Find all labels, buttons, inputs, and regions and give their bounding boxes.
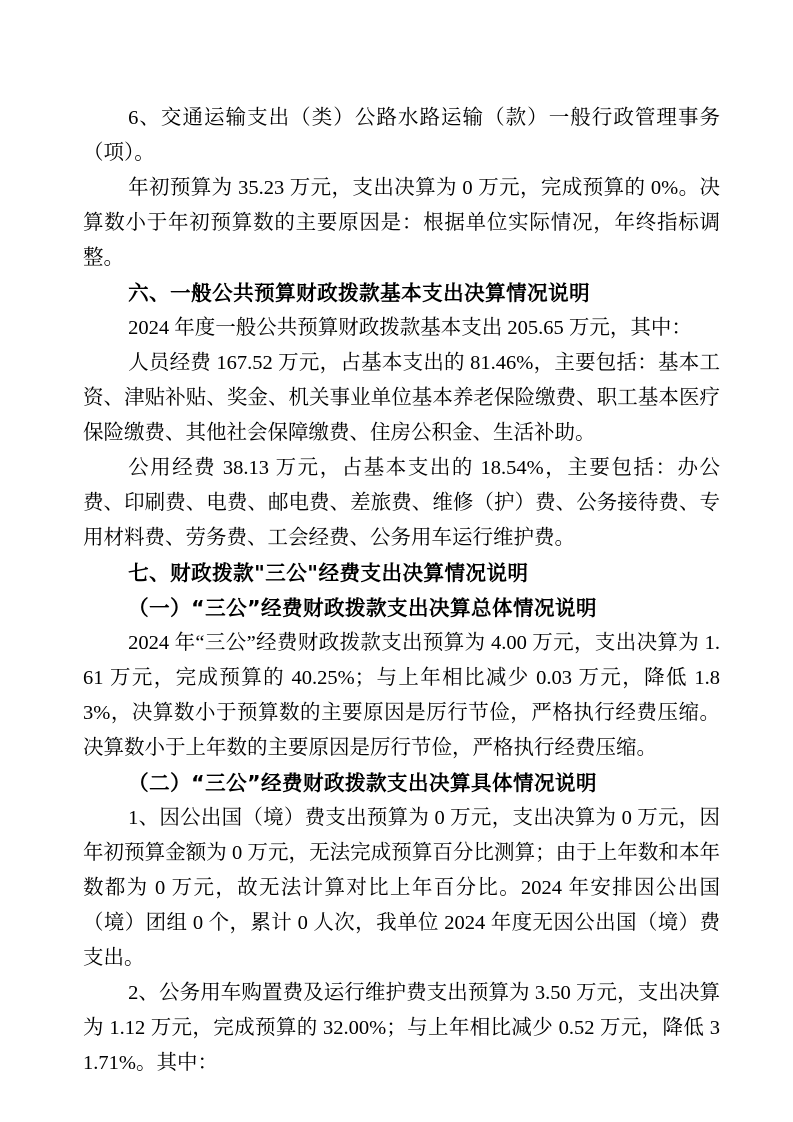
paragraph-item6-budget-detail: 年初预算为 35.23 万元，支出决算为 0 万元，完成预算的 0%。决算数小于… bbox=[83, 171, 720, 276]
paragraph-personnel-expense: 人员经费 167.52 万元，占基本支出的 81.46%，主要包括：基本工资、津… bbox=[83, 346, 720, 451]
heading-section-7: 七、财政拨款"三公"经费支出决算情况说明 bbox=[83, 556, 720, 591]
heading-section-7-1: （一）“三公”经费财政拨款支出决算总体情况说明 bbox=[83, 591, 720, 626]
heading-section-6: 六、一般公共预算财政拨款基本支出决算情况说明 bbox=[83, 276, 720, 311]
paragraph-public-expense: 公用经费 38.13 万元，占基本支出的 18.54%，主要包括：办公费、印刷费… bbox=[83, 451, 720, 556]
paragraph-abroad-expense: 1、因公出国（境）费支出预算为 0 万元，支出决算为 0 万元，因年初预算金额为… bbox=[83, 801, 720, 976]
paragraph-vehicle-expense: 2、公务用车购置费及运行维护费支出预算为 3.50 万元，支出决算为 1.12 … bbox=[83, 976, 720, 1081]
heading-section-7-2: （二）“三公”经费财政拨款支出决算具体情况说明 bbox=[83, 766, 720, 801]
paragraph-sangong-overall: 2024 年“三公”经费财政拨款支出预算为 4.00 万元，支出决算为 1.61… bbox=[83, 626, 720, 766]
paragraph-basic-expense-total: 2024 年度一般公共预算财政拨款基本支出 205.65 万元，其中： bbox=[83, 311, 720, 346]
document-body: 6、交通运输支出（类）公路水路运输（款）一般行政管理事务（项）。 年初预算为 3… bbox=[83, 101, 720, 1081]
paragraph-item6-transport: 6、交通运输支出（类）公路水路运输（款）一般行政管理事务（项）。 bbox=[83, 101, 720, 171]
document-page: 6、交通运输支出（类）公路水路运输（款）一般行政管理事务（项）。 年初预算为 3… bbox=[0, 0, 793, 1122]
